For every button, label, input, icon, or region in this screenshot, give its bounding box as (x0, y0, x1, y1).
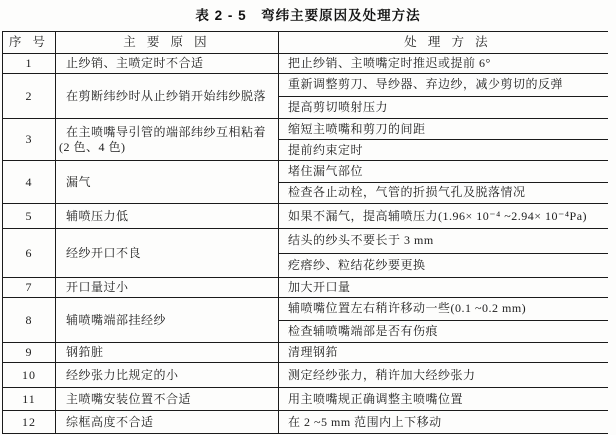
table-row: 7 开口量过小 加大开口量 (3, 278, 608, 298)
cause-cell: 经纱开口不良 (56, 229, 279, 277)
cause-cell: 主喷嘴安装位置不合适 (56, 388, 279, 410)
row-number-cell: 2 (3, 74, 56, 118)
table-row: 9 钢筘脏 清理钢筘 (3, 343, 608, 363)
row-number-cell: 3 (3, 119, 56, 160)
cause-cell: 综框高度不合适 (56, 411, 279, 433)
cause-cell: 止纱销、主喷定时不合适 (56, 54, 279, 73)
method-cell: 检查辅喷嘴端部是否有伤痕 (279, 320, 608, 343)
table-row: 11 主喷嘴安装位置不合适 用主喷嘴规正确调整主喷嘴位置 (3, 388, 608, 411)
table-row: 1 止纱销、主喷定时不合适 把止纱销、主喷嘴定时推迟或提前 6° (3, 54, 608, 74)
method-cell: 堵住漏气部位 (279, 161, 608, 182)
cause-cell: 经纱张力比规定的小 (56, 363, 279, 387)
cause-cell: 辅喷压力低 (56, 204, 279, 228)
row-number-cell: 7 (3, 278, 56, 297)
method-cell: 清理钢筘 (279, 343, 608, 362)
row-number-cell: 6 (3, 229, 56, 277)
method-cell: 把止纱销、主喷嘴定时推迟或提前 6° (279, 54, 608, 73)
table-row: 12 综框高度不合适 在 2 ~5 mm 范围内上下移动 (3, 411, 608, 434)
row-number-cell: 10 (3, 363, 56, 387)
row-number-cell: 8 (3, 298, 56, 342)
method-cell: 结头的纱头不要长于 3 mm (279, 229, 608, 253)
method-cell: 提高剪切喷射压力 (279, 96, 608, 119)
method-cell: 辅喷嘴位置左右稍许移动一些(0.1 ~0.2 mm) (279, 298, 608, 320)
cause-cell: 开口量过小 (56, 278, 279, 297)
header-serial-number: 序 号 (3, 32, 56, 53)
method-cell: 提前约束定时 (279, 139, 608, 160)
row-number-cell: 11 (3, 388, 56, 410)
row-number-cell: 12 (3, 411, 56, 433)
table-row: 2 在剪断纬纱时从止纱销开始纬纱脱落 重新调整剪刀、导纱器、弃边纱，减少剪切的反… (3, 74, 608, 119)
table: 序 号 主 要 原 因 处 理 方 法 1 止纱销、主喷定时不合适 把止纱销、主… (2, 31, 608, 434)
method-cell: 测定经纱张力，稍许加大经纱张力 (279, 363, 608, 387)
method-cell: 检查各止动栓，气管的折损气孔及脱落情况 (279, 182, 608, 204)
method-cell: 加大开口量 (279, 278, 608, 297)
table-header-row: 序 号 主 要 原 因 处 理 方 法 (3, 32, 608, 54)
table-row: 10 经纱张力比规定的小 测定经纱张力，稍许加大经纱张力 (3, 363, 608, 388)
row-number-cell: 5 (3, 204, 56, 228)
cause-cell: 在主喷嘴导引管的端部纬纱互相粘着(2 色、4 色) (56, 119, 279, 160)
table-row: 4 漏气 堵住漏气部位 检查各止动栓，气管的折损气孔及脱落情况 (3, 161, 608, 204)
cause-cell: 在剪断纬纱时从止纱销开始纬纱脱落 (56, 74, 279, 118)
row-number-cell: 4 (3, 161, 56, 203)
method-cell: 用主喷嘴规正确调整主喷嘴位置 (279, 388, 608, 410)
method-cell: 缩短主喷嘴和剪刀的间距 (279, 119, 608, 139)
method-cell: 在 2 ~5 mm 范围内上下移动 (279, 411, 608, 433)
cause-cell: 辅喷嘴端部挂经纱 (56, 298, 279, 342)
table-row: 3 在主喷嘴导引管的端部纬纱互相粘着(2 色、4 色) 缩短主喷嘴和剪刀的间距 … (3, 119, 608, 161)
header-main-cause: 主 要 原 因 (56, 32, 279, 53)
cause-cell: 漏气 (56, 161, 279, 203)
table-row: 8 辅喷嘴端部挂经纱 辅喷嘴位置左右稍许移动一些(0.1 ~0.2 mm) 检查… (3, 298, 608, 343)
table-row: 5 辅喷压力低 如果不漏气，提高辅喷压力(1.96× 10⁻⁴ ~2.94× 1… (3, 204, 608, 229)
method-cell: 如果不漏气，提高辅喷压力(1.96× 10⁻⁴ ~2.94× 10⁻⁴Pa) (279, 204, 608, 228)
row-number-cell: 1 (3, 54, 56, 73)
method-cell: 重新调整剪刀、导纱器、弃边纱，减少剪切的反弹 (279, 74, 608, 96)
table-row: 6 经纱开口不良 结头的纱头不要长于 3 mm 疙瘩纱、粒结花纱要更换 (3, 229, 608, 278)
table-caption: 表 2 - 5 弯纬主要原因及处理方法 (0, 7, 616, 24)
cause-cell: 钢筘脏 (56, 343, 279, 362)
header-treatment-method: 处 理 方 法 (279, 32, 608, 53)
method-cell: 疙瘩纱、粒结花纱要更换 (279, 253, 608, 278)
row-number-cell: 9 (3, 343, 56, 362)
document-page: 表 2 - 5 弯纬主要原因及处理方法 序 号 主 要 原 因 处 理 方 法 … (0, 0, 616, 435)
